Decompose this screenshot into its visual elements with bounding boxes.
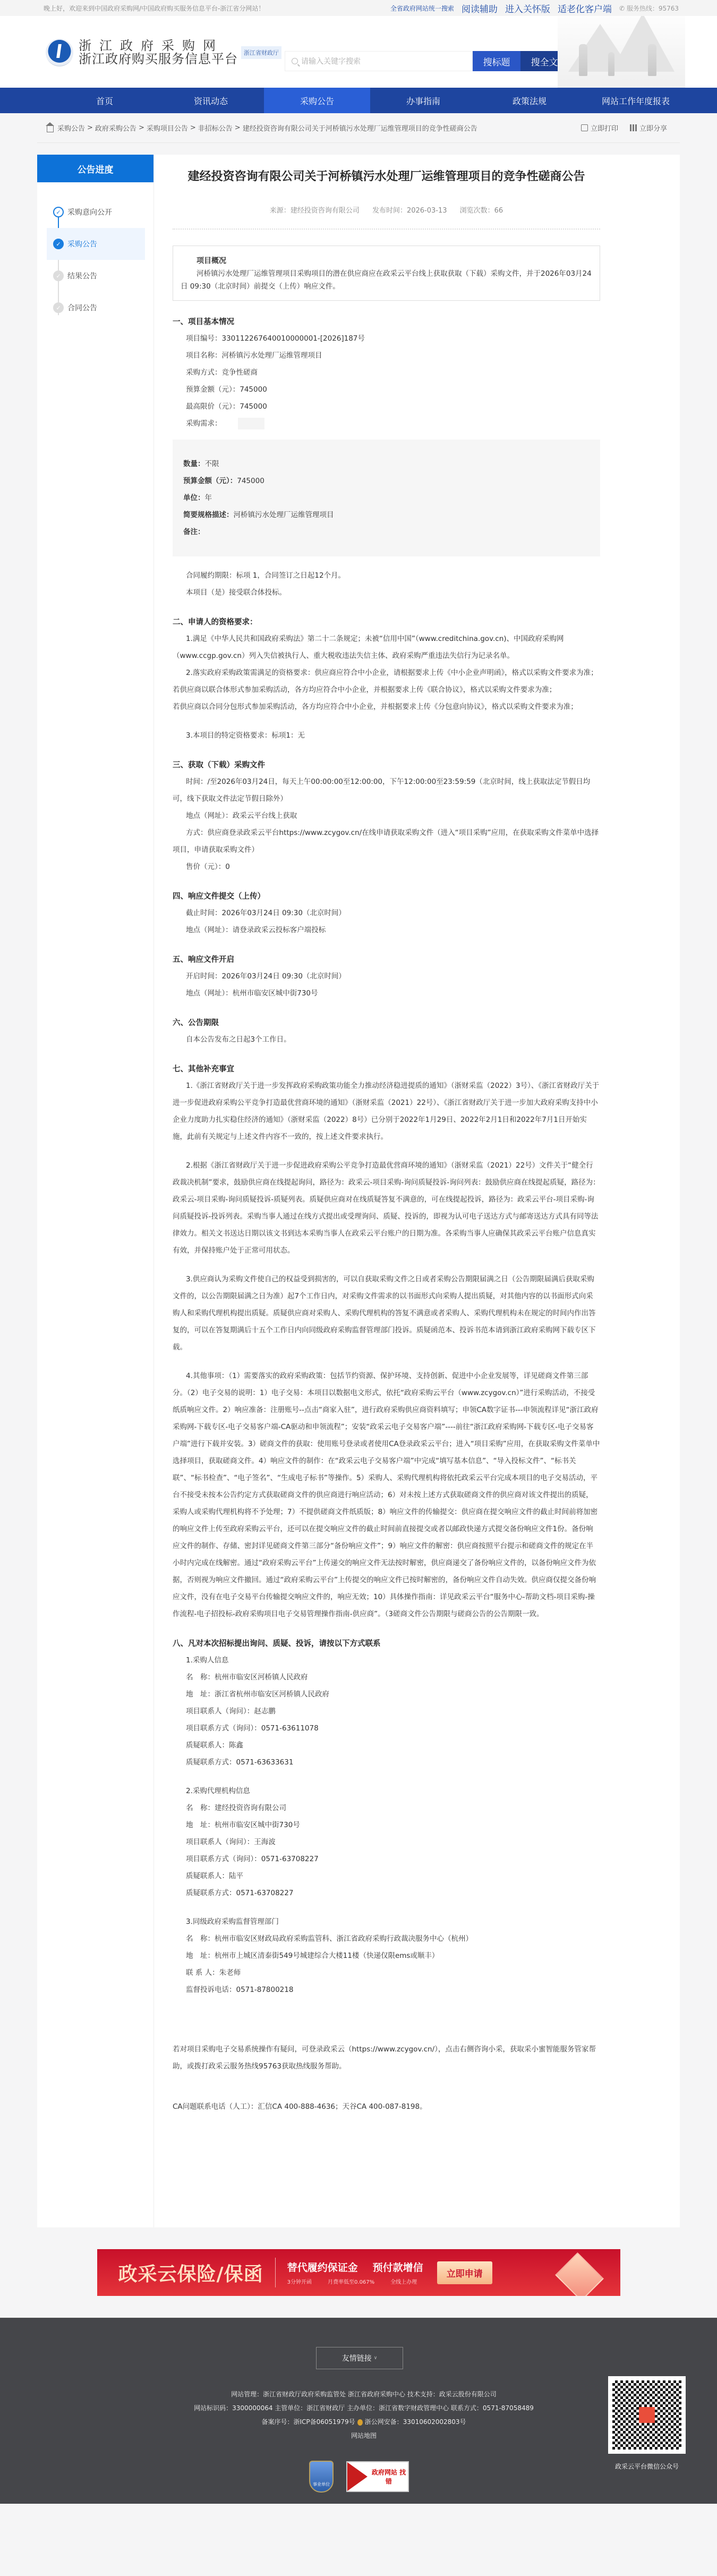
breadcrumb: 采购公告 > 政府采购公告 > 采购项目公告 > 非招标公告 > 建经投资咨询有… (47, 123, 477, 133)
section-heading: 六、公告期限 (173, 1017, 600, 1028)
breadcrumb-bar: 采购公告 > 政府采购公告 > 采购项目公告 > 非招标公告 > 建经投资咨询有… (37, 113, 680, 143)
contact-group-title: 3.同级政府采购监督管理部门 (173, 1913, 600, 1930)
paragraph: 自本公告发布之日起3个工作日。 (173, 1031, 600, 1048)
paragraph: 3.供应商认为采购文件使自己的权益受到损害的，可以自获取采购文件之日或者采购公告… (173, 1271, 600, 1356)
contact-group-title: 2.采购代理机构信息 (173, 1783, 600, 1800)
elderly-client-link[interactable]: 适老化客户端 (558, 2, 612, 15)
article-source: 来源：建经投资咨询有限公司 (270, 207, 360, 215)
article-views: 浏览次数：66 (460, 207, 503, 215)
scenery-illustration (558, 16, 685, 88)
paragraph: 时间：/至2026年03月24日，每天上午00:00:00至12:00:00，下… (173, 773, 600, 807)
requirement-placeholder (238, 418, 264, 429)
care-mode-link[interactable]: 进入关怀版 (505, 2, 550, 15)
step-notice[interactable]: ✓ 采购公告 (47, 228, 145, 260)
phone-icon: ✆ (619, 5, 627, 12)
overview-text: 河桥镇污水处理厂运维管理项目采购项目的潜在供应商应在政采云平台线上获取获取（下载… (181, 267, 592, 293)
magnifier-icon (347, 2462, 368, 2491)
article-title: 建经投资咨询有限公司关于河桥镇污水处理厂运维管理项目的竞争性磋商公告 (173, 168, 600, 185)
contact-line: 项目联系方式（询问）：0571-63708227 (173, 1851, 600, 1868)
article-meta: 来源：建经投资咨询有限公司 发布时间：2026-03-13 浏览次数：66 (173, 205, 600, 215)
breadcrumb-separator: > (190, 124, 196, 132)
step-contract[interactable]: ✓ 合同公告 (47, 292, 145, 324)
help-text: 若对项目采购电子交易系统操作有疑问，可登录政采云（https://www.zcy… (173, 2041, 600, 2075)
paragraph: 方式：供应商登录政采云平台https://www.zcygov.cn/在线申请获… (173, 824, 600, 858)
banner-tag: 全线上办理 (390, 2277, 417, 2285)
search-title-button[interactable]: 搜标题 (473, 51, 520, 71)
top-bar: 晚上好，欢迎来到中国政府采购网/中国政府购买服务信息平台-浙江省分网站！ 全省政… (0, 0, 717, 16)
banner-divider (275, 2258, 276, 2287)
contact-line: 地 址：杭州市上城区清泰街549号城建综合大楼11楼（快递仅限ems或顺丰） (173, 1947, 600, 1964)
police-record-link[interactable]: 浙公网安备：33010602002803号 (365, 2418, 466, 2426)
contact-line: 联 系 人：朱老师 (173, 1964, 600, 1981)
nav-home[interactable]: 首页 (52, 88, 158, 113)
section-other: 七、其他补充事宜 1.《浙江省财政厅关于进一步发挥政府采购政策功能全力推动经济稳… (173, 1063, 600, 1623)
banner-tag: 月费率低至0.067% (328, 2277, 374, 2285)
breadcrumb-separator: > (235, 124, 241, 132)
budget-amount: 预算金额（元）：745000 (173, 381, 600, 398)
article: 建经投资咨询有限公司关于河桥镇污水处理厂运维管理项目的竞争性磋商公告 来源：建经… (88, 155, 680, 2227)
breadcrumb-item[interactable]: 政府采购公告 (95, 123, 136, 133)
paragraph: 开启时间：2026年03月24日 09:30（北京时间） (173, 968, 600, 985)
contact-line: 地 址：杭州市临安区城中街730号 (173, 1817, 600, 1834)
icp-link[interactable]: 备案序号：浙ICP备06051979号 (261, 2418, 355, 2426)
contact-line: 监督投诉电话：0571-87800218 (173, 1981, 600, 1998)
share-button[interactable]: 立即分享 (630, 123, 667, 133)
breadcrumb-separator: > (87, 124, 93, 132)
paragraph: 2.根据《浙江省财政厅关于进一步促进政府采购公平竞争打造最优营商环境的通知》（浙… (173, 1157, 600, 1259)
contact-line: 名 称：杭州市临安区河桥镇人民政府 (173, 1669, 600, 1686)
friendly-links-dropdown[interactable]: 友情链接∨ (316, 2347, 403, 2369)
check-icon: ✓ (53, 239, 64, 249)
check-icon: ✓ (53, 302, 64, 313)
max-price: 最高限价（元）：745000 (173, 398, 600, 415)
search-bar: 请输入关键字搜索 搜标题 搜全文 (285, 51, 568, 71)
banner-feature: 替代履约保证金 (287, 2260, 358, 2274)
paragraph: 截止时间：2026年03月24日 09:30（北京时间） (173, 905, 600, 922)
section-contacts: 八、凡对本次招标提出询问、质疑、投诉，请按以下方式联系 1.采购人信息 名 称：… (173, 1637, 600, 1998)
search-icon (292, 58, 298, 64)
paragraph: 地点（网址）：政采云平台线上获取 (173, 807, 600, 824)
department-tag: 浙江省财政厅 (241, 46, 281, 59)
section-heading: 四、响应文件提交（上传） (173, 890, 600, 901)
search-placeholder: 请输入关键字搜索 (301, 56, 361, 66)
requirement-row: 采购需求： (173, 415, 600, 432)
paragraph: 若供应商以合同分包形式参加采购活动，各方均应符合中小企业，并根据要求上传《分包意… (173, 698, 600, 715)
banner-tag: 3分钟开函 (287, 2277, 312, 2285)
banner-illustration (534, 2251, 614, 2296)
contact-line: 项目联系人（询问）：王海波 (173, 1834, 600, 1851)
section-heading: 三、获取（下载）采购文件 (173, 759, 600, 770)
sitemap-link[interactable]: 网站地图 (351, 2432, 377, 2439)
insurance-ad-banner[interactable]: 政采云保险/保函 替代履约保证金预付款增信 3分钟开函月费率低至0.067%全线… (97, 2249, 620, 2296)
search-all-link[interactable]: 全省政府网站统一搜索 (390, 4, 454, 13)
site-footer: 友情链接∨ 网站管理：浙江省财政厅政府采购监管处 浙江省政府采购中心 技术支持：… (0, 2318, 717, 2504)
nav-guide[interactable]: 办事指南 (370, 88, 476, 113)
site-header: 浙江政府采购网 浙江政府购买服务信息平台 浙江省财政厅 请输入关键字搜索 搜标题… (0, 16, 717, 88)
contact-line: 质疑联系人：陈鑫 (173, 1737, 600, 1754)
banner-title: 政采云保险/保函 (118, 2259, 263, 2286)
progress-steps: ✓ 采购意向公开 ✓ 采购公告 ✓ 结果公告 ✓ 合同公告 (37, 182, 153, 324)
nav-annual-report[interactable]: 网站工作年度报表 (583, 88, 689, 113)
search-input[interactable]: 请输入关键字搜索 (285, 51, 473, 71)
print-button[interactable]: 立即打印 (581, 123, 618, 133)
contact-line: 质疑联系人：陆平 (173, 1868, 600, 1885)
police-badge-icon (357, 2419, 363, 2426)
qrcode-icon (630, 124, 637, 131)
breadcrumb-item[interactable]: 采购项目公告 (147, 123, 188, 133)
contact-line: 项目联系方式（询问）：0571-63611078 (173, 1720, 600, 1737)
chevron-down-icon: ∨ (374, 2355, 378, 2361)
breadcrumb-item[interactable]: 采购公告 (57, 123, 85, 133)
section-heading: 八、凡对本次招标提出询问、质疑、投诉，请按以下方式联系 (173, 1637, 600, 1649)
requirement-box: 数量：不限 预算金额（元）：745000 单位：年 简要规格描述：河桥镇污水处理… (173, 440, 600, 556)
check-icon: ✓ (53, 207, 64, 217)
wechat-qrcode (608, 2376, 686, 2454)
ca-contact-text: CA问题联系电话（人工）：汇信CA 400-888-4636；天谷CA 400-… (173, 2098, 600, 2115)
section-qualifications: 二、申请人的资格要求： 1.满足《中华人民共和国政府采购法》第二十二条规定；未被… (173, 616, 600, 744)
section-submission: 四、响应文件提交（上传） 截止时间：2026年03月24日 09:30（北京时间… (173, 890, 600, 939)
paragraph: 若供应商以联合体形式参加采购活动，各方均应符合中小企业，并根据要求上传《联合协议… (173, 681, 600, 698)
paragraph: 1.满足《中华人民共和国政府采购法》第二十二条规定；未被“信用中国”（www.c… (173, 630, 600, 664)
section-get-documents: 三、获取（下载）采购文件 时间：/至2026年03月24日，每天上午00:00:… (173, 759, 600, 875)
divider (173, 229, 600, 230)
step-intention[interactable]: ✓ 采购意向公开 (47, 196, 145, 228)
project-number: 项目编号：330112267640010000001-[2026]187号 (173, 330, 600, 347)
consortium-note: 本项目（是）接受联合体投标。 (173, 584, 600, 601)
logo-subtitle: 浙江政府购买服务信息平台 (79, 53, 238, 66)
emblem-icon (46, 39, 73, 66)
article-date: 发布时间：2026-03-13 (372, 207, 447, 215)
breadcrumb-item[interactable]: 非招标公告 (198, 123, 233, 133)
contact-line: 名 称：建经投资咨询有限公司 (173, 1800, 600, 1817)
nav-news[interactable]: 资讯动态 (158, 88, 264, 113)
paragraph: 2.落实政府采购政策需满足的资格要求：供应商应符合中小企业，请根据要求上传《中小… (173, 664, 600, 681)
contact-line: 质疑联系方式：0571-63708227 (173, 1885, 600, 1902)
contact-group-title: 1.采购人信息 (173, 1652, 600, 1669)
breadcrumb-current: 建经投资咨询有限公司关于河桥镇污水处理厂运维管理项目的竞争性磋商公告 (243, 123, 477, 133)
apply-now-button[interactable]: 立即申请 (437, 2261, 492, 2284)
section-heading: 五、响应文件开启 (173, 953, 600, 965)
ad-banner-area: 政采云保险/保函 替代履约保证金预付款增信 3分钟开函月费率低至0.067%全线… (0, 2227, 717, 2318)
section-heading: 二、申请人的资格要求： (173, 616, 600, 627)
hotline: ✆ 服务热线：95763 (619, 4, 679, 13)
logo-title: 浙江政府采购网 (79, 39, 238, 53)
breadcrumb-separator: > (139, 124, 144, 132)
paragraph: 4.其他事项：（1）需要落实的政府采购政策：包括节约资源、保护环境、支持创新、促… (173, 1367, 600, 1623)
nav-policy[interactable]: 政策法规 (476, 88, 583, 113)
printer-icon (581, 124, 588, 131)
step-result[interactable]: ✓ 结果公告 (47, 260, 145, 292)
contact-line: 名 称：杭州市临安区财政局政府采购监管科、浙江省政府采购行政裁决服务中心（杭州） (173, 1930, 600, 1947)
check-icon: ✓ (53, 271, 64, 281)
contact-line: 项目联系人（询问）：赵志鹏 (173, 1703, 600, 1720)
section-opening: 五、响应文件开启 开启时间：2026年03月24日 09:30（北京时间） 地点… (173, 953, 600, 1002)
site-logo[interactable]: 浙江政府采购网 浙江政府购买服务信息平台 浙江省财政厅 (46, 39, 281, 66)
contract-term: 合同履约期限：标项 1，合同签订之日起12个月。 (173, 567, 600, 584)
welcome-text: 晚上好，欢迎来到中国政府采购网/中国政府购买服务信息平台-浙江省分网站！ (44, 4, 264, 13)
procurement-method: 采购方式：竞争性磋商 (173, 364, 600, 381)
section-basic-info: 一、项目基本情况 项目编号：330112267640010000001-[202… (173, 316, 600, 601)
project-overview: 项目概况 河桥镇污水处理厂运维管理项目采购项目的潜在供应商应在政采云平台线上获取… (173, 246, 600, 301)
paragraph: 售价（元）：0 (173, 858, 600, 875)
project-name: 项目名称：河桥镇污水处理厂运维管理项目 (173, 347, 600, 364)
help-note: 若对项目采购电子交易系统操作有疑问，可登录政采云（https://www.zcy… (173, 2041, 600, 2115)
paragraph: 地点（网址）：请登录政采云投标客户端投标 (173, 922, 600, 939)
paragraph: 地点（网址）：杭州市临安区城中街730号 (173, 985, 600, 1002)
overview-heading: 项目概况 (181, 255, 592, 267)
contact-line: 质疑联系方式：0571-63633631 (173, 1754, 600, 1771)
reading-aid-link[interactable]: 阅读辅助 (462, 2, 498, 15)
institution-badge[interactable]: 事业单位 (309, 2461, 334, 2493)
gov-site-error-report[interactable]: 政府网站 找错 (346, 2461, 409, 2492)
main-nav: 首页 资讯动态 采购公告 办事指南 政策法规 网站工作年度报表 (0, 88, 717, 113)
paragraph: 3.本项目的特定资格要求：标项1：无 (173, 727, 600, 744)
banner-feature: 预付款增信 (373, 2260, 423, 2274)
nav-procurement-notices[interactable]: 采购公告 (264, 88, 370, 113)
main-panel: 公告进度 ✓ 采购意向公开 ✓ 采购公告 ✓ 结果公告 ✓ 合同公告 建经投资咨… (37, 155, 680, 2227)
qrcode-caption: 政采云平台微信公众号 (608, 2462, 686, 2471)
section-notice-period: 六、公告期限 自本公告发布之日起3个工作日。 (173, 1017, 600, 1048)
contact-line: 地 址：浙江省杭州市临安区河桥镇人民政府 (173, 1686, 600, 1703)
home-icon[interactable] (47, 126, 54, 132)
paragraph: 1.《浙江省财政厅关于进一步发挥政府采购政策功能全力推动经济稳进提质的通知》（浙… (173, 1077, 600, 1145)
section-heading: 七、其他补充事宜 (173, 1063, 600, 1074)
section-heading: 一、项目基本情况 (173, 316, 600, 327)
